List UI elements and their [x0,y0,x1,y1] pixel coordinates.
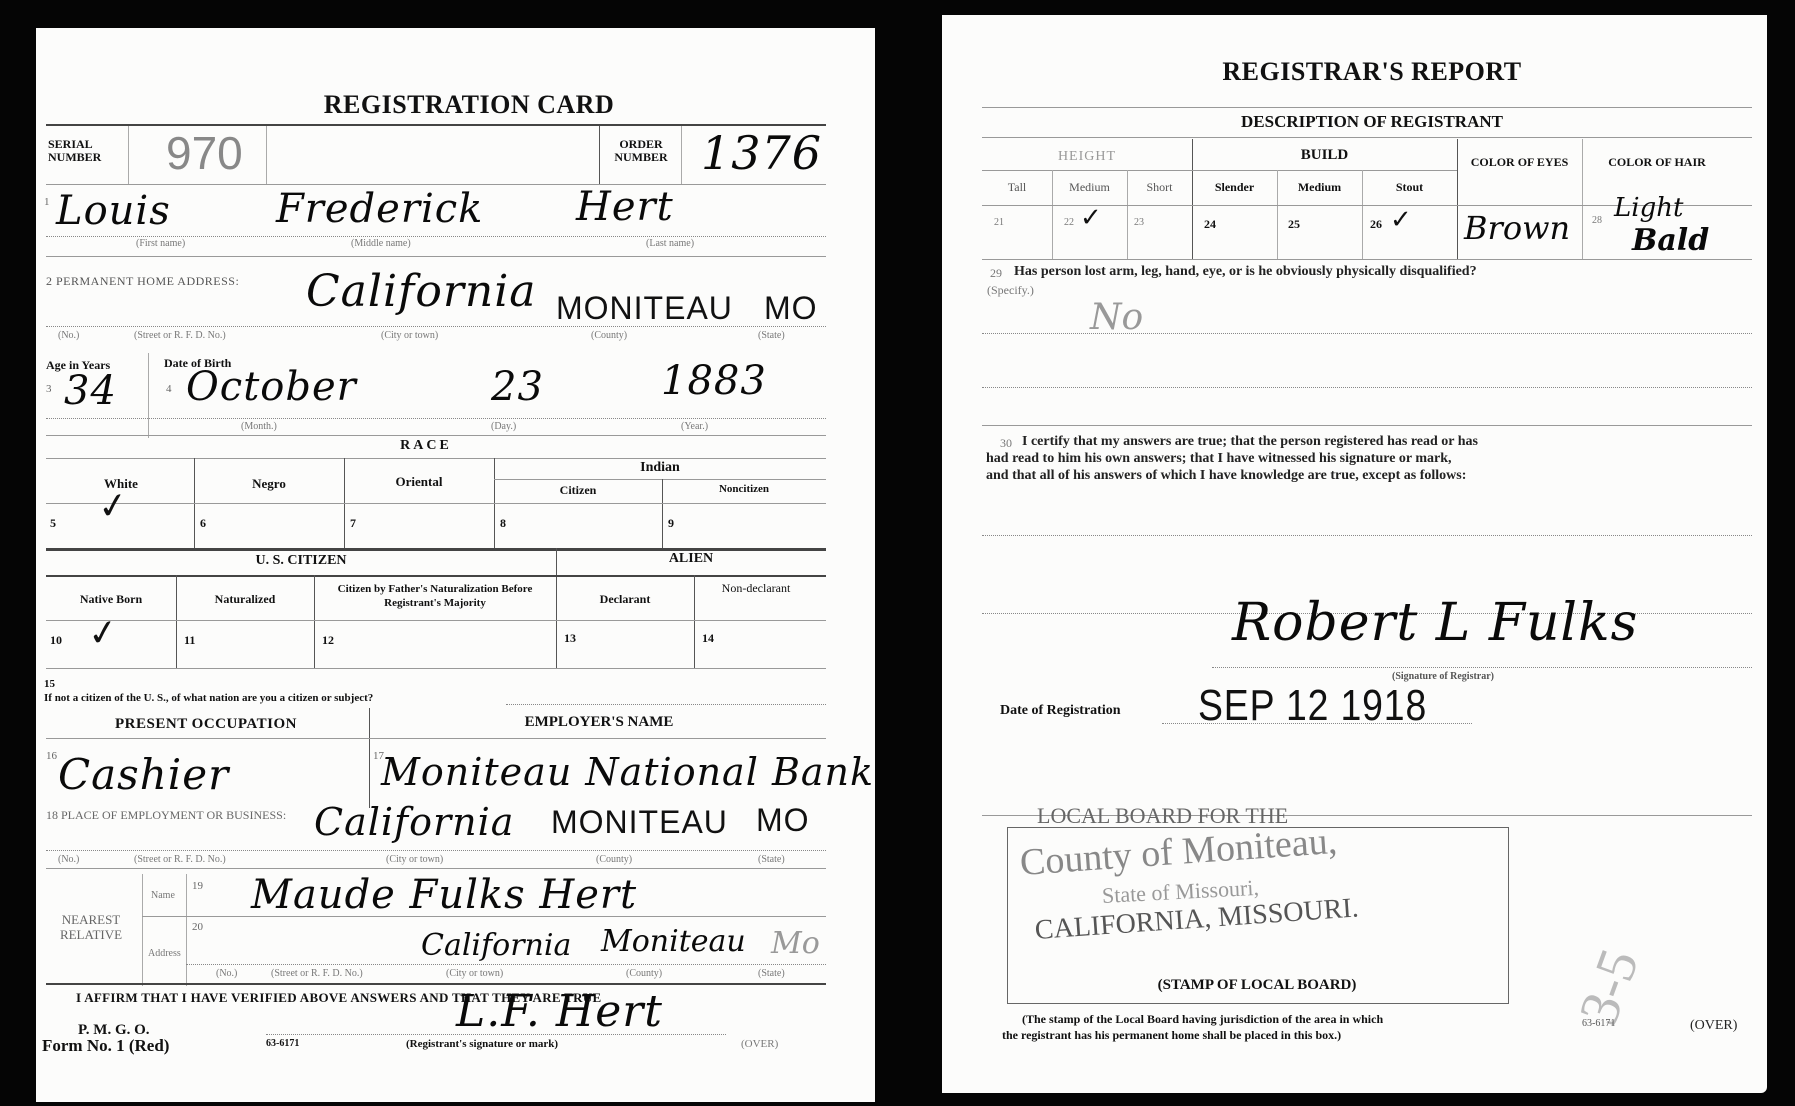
dob-year-label: (Year.) [681,421,708,432]
build-header: BUILD [1192,147,1457,164]
q29-num: 29 [990,266,1002,281]
q30-line1: I certify that my answers are true; that… [1022,434,1478,450]
employment-no-label: (No.) [58,854,79,865]
divider [1582,139,1583,259]
build-slender-num: 24 [1204,217,1216,232]
divider [46,256,826,257]
build-slender-label: Slender [1192,180,1277,195]
divider [46,184,826,185]
native-born-checkbox[interactable]: ✓ [85,611,121,656]
employment-city-label: (City or town) [386,854,443,865]
employer-header: EMPLOYER'S NAME [369,714,829,731]
relative-state-label: (State) [758,968,785,979]
height-short-num: 23 [1134,217,1144,228]
report-form-code: 63-6171 [1582,1018,1615,1029]
employment-county-label: (County) [596,854,632,865]
home-address-state: MO [764,290,818,327]
race-indian-noncitizen-num: 9 [668,516,674,531]
relative-name-num: 19 [192,880,203,892]
dob-year: 1883 [661,358,767,404]
relative-address-city: California [421,928,571,963]
native-born-num: 10 [50,633,62,648]
divider [46,668,826,669]
address-county-label: (County) [591,330,627,341]
divider [46,575,826,577]
stamp-note-line1: (The stamp of the Local Board having jur… [1022,1012,1383,1027]
registration-card: REGISTRATION CARD SERIAL NUMBER 970 ORDE… [36,28,875,1102]
divider [314,575,315,668]
occupation-value: Cashier [58,750,229,799]
build-stout-label: Stout [1362,180,1457,195]
line-15-question: If not a citizen of the U. S., of what n… [44,692,373,704]
hair-num: 28 [1592,215,1602,226]
eyes-header: COLOR OF EYES [1457,155,1582,169]
place-of-employment-city: California [314,800,514,844]
first-name-value: Louis [56,188,171,234]
divider [46,503,826,504]
divider [46,236,826,237]
divider [982,425,1752,426]
relative-county-label: (County) [626,968,662,979]
address-city-label: (City or town) [381,330,438,341]
race-white-num: 5 [50,516,56,531]
divider [128,126,129,184]
divider [266,126,267,184]
naturalized-num: 11 [184,633,195,648]
place-of-employment-state: MO [756,802,810,839]
last-name-value: Hert [576,184,674,230]
last-name-label: (Last name) [646,238,694,249]
q29-specify-label: (Specify.) [987,283,1034,298]
registration-date-label: Date of Registration [1000,703,1121,719]
divider [46,983,826,985]
divider [1192,170,1457,171]
divider [46,435,826,436]
divider [46,326,826,327]
order-number-label: ORDER NUMBER [606,138,676,164]
divider [142,916,826,917]
relative-address-county: Moniteau [601,924,746,959]
form-number: Form No. 1 (Red) [42,1036,169,1056]
report-title: REGISTRAR'S REPORT [1142,57,1602,87]
divider [599,126,600,184]
native-born-label: Native Born [46,592,176,607]
relative-name-value: Maude Fulks Hert [251,872,637,918]
divider [142,874,143,986]
employment-state-label: (State) [758,854,785,865]
first-name-label: (First name) [136,238,185,249]
build-stout-checkbox[interactable]: ✓ [1390,205,1412,235]
declarant-label: Declarant [556,592,694,607]
height-header: HEIGHT [982,149,1192,165]
q30-line2: had read to him his own answers; that I … [986,451,1452,467]
race-negro-num: 6 [200,516,206,531]
relative-address-state: Mo [771,926,820,961]
form-code: 63-6171 [266,1038,299,1049]
order-number-value: 1376 [701,126,822,180]
divider [982,170,1192,171]
place-of-employment-county: MONITEAU [551,804,728,841]
non-declarant-num: 14 [702,631,714,646]
registrar-signature: Robert L Fulks [1232,593,1638,653]
divider [186,874,187,986]
place-of-employment-label: 18 PLACE OF EMPLOYMENT OR BUSINESS: [46,808,286,823]
occupation-header: PRESENT OCCUPATION [46,716,366,733]
divider [982,137,1752,138]
report-over-label: (OVER) [1690,1018,1737,1034]
occupation-num: 16 [46,750,57,762]
over-label: (OVER) [741,1038,778,1050]
race-indian-citizen-label: Citizen [494,483,662,498]
stamp-caption: (STAMP OF LOCAL BOARD) [1007,977,1507,994]
q30-line3: and that all of his answers of which I h… [986,468,1466,484]
employer-value: Moniteau National Bank [381,750,874,794]
divider [148,353,149,438]
divider [266,1034,726,1035]
divider [982,535,1752,536]
race-indian-noncitizen-label: Noncitizen [662,483,826,495]
race-negro-label: Negro [194,476,344,492]
home-address-label: 2 PERMANENT HOME ADDRESS: [46,274,239,289]
employment-street-label: (Street or R. F. D. No.) [134,854,226,865]
age-num: 3 [46,383,52,395]
father-naturalization-num: 12 [322,633,334,648]
divider [1212,667,1752,668]
alien-title: ALIEN [556,551,826,567]
race-title: RACE [366,438,486,454]
race-indian-label: Indian [494,460,826,476]
registrant-signature: L.F. Hert [456,986,663,1037]
divider [982,259,1752,260]
hair-header: COLOR OF HAIR [1592,155,1722,169]
declarant-num: 13 [564,631,576,646]
divider [46,850,826,851]
divider [186,964,826,965]
divider [506,704,826,705]
height-medium-label: Medium [1052,180,1127,195]
father-naturalization-label: Citizen by Father's Naturalization Befor… [320,582,550,610]
dob-day-label: (Day.) [491,421,516,432]
divider [176,575,177,668]
address-street-label: (Street or R. F. D. No.) [134,330,226,341]
address-state-label: (State) [758,330,785,341]
divider [46,418,826,419]
dob-month: October [186,364,357,410]
q29-text: Has person lost arm, leg, hand, eye, or … [1014,264,1477,280]
divider [46,738,826,739]
relative-city-label: (City or town) [446,968,503,979]
serial-number-value: 970 [166,126,243,180]
divider [694,575,695,668]
divider [982,333,1752,334]
divider [46,620,826,621]
naturalized-label: Naturalized [176,592,314,607]
height-short-label: Short [1127,180,1192,195]
relative-name-label: Name [151,890,175,901]
signature-label: (Registrant's signature or mark) [406,1038,558,1050]
q29-answer: No [1090,297,1143,338]
race-oriental-num: 7 [350,516,356,531]
race-indian-citizen-num: 8 [500,516,506,531]
build-stout-num: 26 [1370,217,1382,232]
divider [494,479,826,480]
divider [982,387,1752,388]
height-tall-label: Tall [982,180,1052,195]
height-tall-num: 21 [994,217,1004,228]
stamp-note-line2: the registrant has his permanent home sh… [1002,1028,1341,1043]
us-citizen-title: U. S. CITIZEN [46,553,556,569]
dob-month-label: (Month.) [241,421,277,432]
hair-value-line1: Light [1614,193,1683,223]
address-no-label: (No.) [58,330,79,341]
height-medium-num: 22 [1064,217,1074,228]
build-medium-num: 25 [1288,217,1300,232]
description-title: DESCRIPTION OF REGISTRANT [1142,112,1602,132]
non-declarant-label: Non-declarant [706,581,806,595]
age-value: 34 [64,368,117,414]
relative-no-label: (No.) [216,968,237,979]
dob-num: 4 [166,383,172,395]
divider [46,868,826,869]
build-medium-label: Medium [1277,180,1362,195]
home-address-county: MONITEAU [556,290,733,327]
home-address-city: California [306,266,537,317]
relative-address-label: Address [148,948,181,959]
race-oriental-label: Oriental [344,474,494,490]
middle-name-label: (Middle name) [351,238,411,249]
card-title: REGISTRATION CARD [269,90,669,120]
divider [982,107,1752,108]
divider [1162,723,1472,724]
hair-value-line2: Bald [1632,223,1709,258]
divider [681,126,682,184]
q30-num: 30 [1000,436,1012,451]
middle-name-value: Frederick [276,186,483,232]
relative-address-num: 20 [192,921,203,933]
dob-day: 23 [491,364,544,410]
race-white-checkbox[interactable]: ✓ [95,484,131,529]
registrar-report-card: REGISTRAR'S REPORT DESCRIPTION OF REGIST… [942,15,1767,1093]
nearest-relative-label: NEAREST RELATIVE [46,912,136,942]
line-number: 1 [44,196,50,208]
height-medium-checkbox[interactable]: ✓ [1080,203,1102,233]
serial-number-label: SERIAL NUMBER [48,138,118,164]
relative-street-label: (Street or R. F. D. No.) [271,968,363,979]
eyes-value: Brown [1464,209,1570,247]
line-15-num: 15 [44,678,55,690]
divider [46,458,826,459]
